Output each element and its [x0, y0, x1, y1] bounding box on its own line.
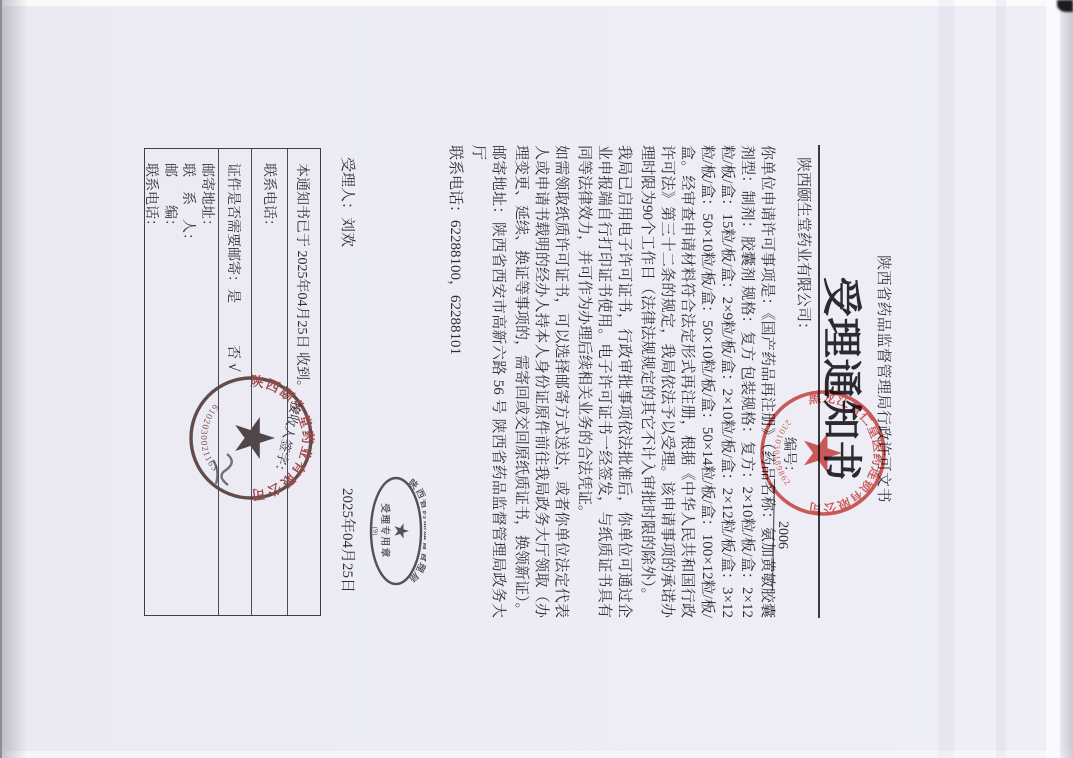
scan-edge-left-line	[0, 0, 2, 758]
body-paragraph: 联系电话：62288100，62288101	[445, 145, 465, 618]
mail-question-label: 证件是否需要邮寄：	[225, 163, 240, 289]
scan-edge-bottom	[0, 751, 1073, 758]
check-mark: √	[225, 363, 241, 372]
scanned-document-screen: 陕西省药品监督管理局行政许可文书 受理通知书 陕西颐生堂药业有限公司： 编号：2…	[0, 0, 1073, 758]
oval-stamp-index: (9)	[371, 527, 380, 536]
svg-text:2301030189862: 2301030189862	[772, 418, 794, 488]
body-paragraph: 我局已启用电子许可证书，行政审批事项依法批准后，你单位可通过企业申报端自行打印证…	[574, 145, 634, 618]
contact-person-label: 联 系 人：	[178, 163, 197, 615]
option-no: 否	[225, 345, 240, 359]
scan-edge-top	[0, 0, 1073, 6]
scan-edge-right-shadow	[1060, 0, 1073, 758]
star-icon	[804, 433, 842, 473]
acceptor-name: 刘欢	[339, 217, 355, 247]
scan-streak	[996, 0, 1006, 758]
scan-edge-left-shadow	[0, 0, 28, 758]
acceptance-oval-stamp: 陕西省药品监督管理局 受理专用章 (9)	[366, 473, 426, 589]
phone-label: 联系电话：	[141, 163, 160, 615]
body-paragraph: 你单位申请许可事项是：《国产药品再注册》（药品名称：氨加黄敏胶囊 剂型：制剂：胶…	[637, 145, 777, 618]
receipt-form-box: 本通知书已于 2025年04月25日 收到。 联系电话： 证件是否需要邮寄：是否…	[144, 148, 321, 616]
company-stamp-top: 黑龙江省仁皇医药连锁有限公司 2301030189862	[756, 386, 890, 520]
scan-white-band	[1046, 0, 1060, 758]
letterhead-title: 陕西省药品监督管理局行政许可文书	[874, 0, 895, 758]
document-body: 你单位申请许可事项是：《国产药品再注册》（药品名称：氨加黄敏胶囊 剂型：制剂：胶…	[442, 145, 777, 618]
scan-corner-mark	[1057, 0, 1073, 12]
oval-stamp-org-text: 陕西省药品监督管理局	[406, 477, 426, 584]
svg-text:陕西省药品监督管理局: 陕西省药品监督管理局	[406, 477, 426, 584]
body-paragraph: 邮寄地址：陕西省西安市高新六路 56 号 陕西省药品监督管理局政务大厅	[468, 145, 508, 618]
document-page: 陕西省药品监督管理局行政许可文书 受理通知书 陕西颐生堂药业有限公司： 编号：2…	[0, 0, 1073, 758]
receipt-row-phone-top: 联系电话：	[251, 149, 287, 615]
mail-address-label: 邮寄地址：	[197, 163, 216, 615]
addressee-company: 陕西颐生堂药业有限公司：	[794, 157, 815, 337]
top-stamp-code: 2301030189862	[772, 418, 794, 488]
star-icon	[395, 523, 410, 538]
receipt-row-mailing-info: 邮寄地址： 联 系 人： 邮 编： 联系电话：	[145, 149, 218, 615]
option-yes: 是	[225, 289, 240, 303]
receipt-row-mail-question: 证件是否需要邮寄：是否√	[218, 149, 251, 615]
acceptance-date: 2025年04月25日	[338, 488, 359, 593]
acceptor-label: 受理人：	[339, 157, 355, 217]
body-paragraph: 如需领取纸质许可证书，可以选择邮寄方式送达，或者你单位法定代表人或申请书载明的经…	[511, 145, 571, 618]
oval-stamp-purpose-text: 受理专用章	[379, 503, 391, 558]
letterhead-rule	[818, 145, 820, 618]
zip-code-label: 邮 编：	[160, 163, 179, 615]
document-title: 受理通知书	[816, 0, 873, 758]
receipt-row-received: 本通知书已于 2025年04月25日 收到。	[287, 149, 320, 615]
scan-streak	[938, 0, 954, 758]
